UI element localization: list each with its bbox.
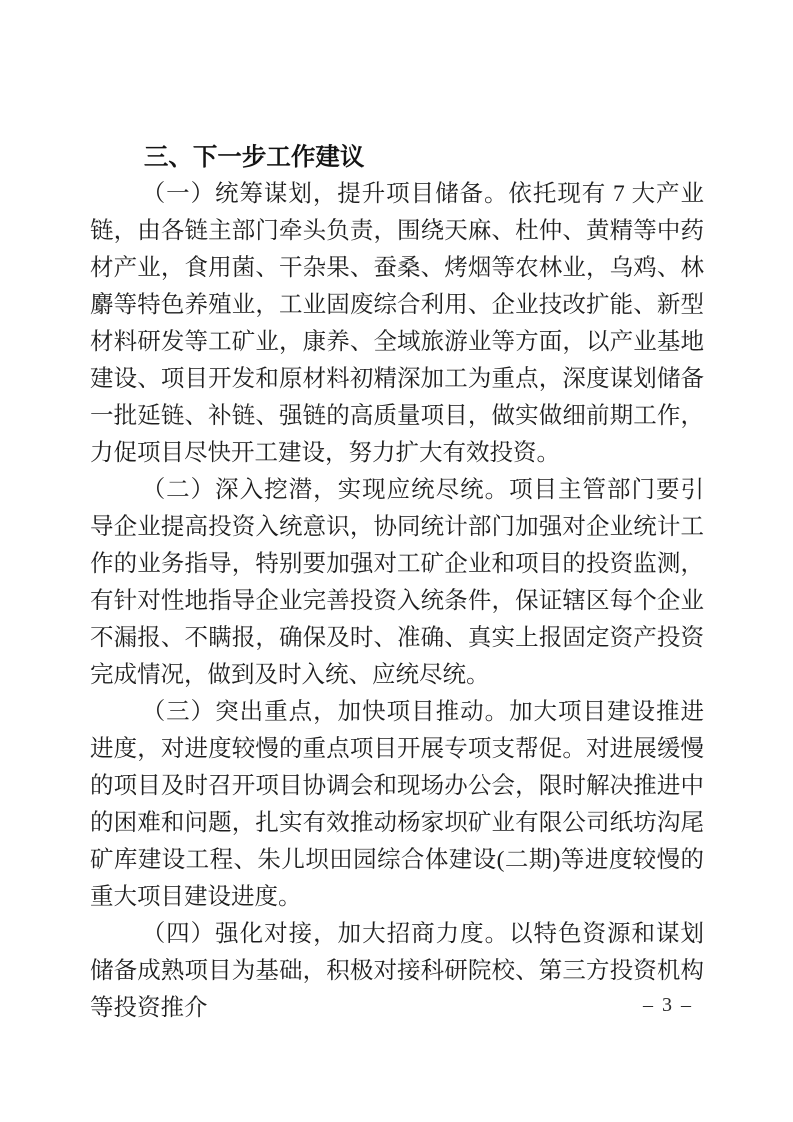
- document-page: 三、下一步工作建议 （一）统筹谋划，提升项目储备。依托现有 7 大产业链，由各链…: [0, 0, 793, 1122]
- paragraph-1: （一）统筹谋划，提升项目储备。依托现有 7 大产业链，由各链主部门牵头负责，围绕…: [90, 176, 704, 472]
- paragraph-4-lead: （四）强化对接，加大招商力度。: [142, 921, 509, 947]
- paragraph-1-lead: （一）统筹谋划，提升项目储备。: [142, 181, 509, 207]
- paragraph-2-text: 项目主管部门要引导企业提高投资入统意识，协同统计部门加强对企业统计工作的业务指导…: [90, 477, 704, 688]
- page-number: – 3 –: [0, 994, 693, 1016]
- paragraph-3: （三）突出重点，加快项目推动。加大项目建设推进进度，对进度较慢的重点项目开展专项…: [90, 694, 704, 916]
- section-heading: 三、下一步工作建议: [90, 139, 704, 176]
- document-body: 三、下一步工作建议 （一）统筹谋划，提升项目储备。依托现有 7 大产业链，由各链…: [90, 139, 704, 1027]
- paragraph-1-text: 依托现有 7 大产业链，由各链主部门牵头负责，围绕天麻、杜仲、黄精等中药材产业，…: [90, 181, 704, 466]
- paragraph-2: （二）深入挖潜，实现应统尽统。项目主管部门要引导企业提高投资入统意识，协同统计部…: [90, 472, 704, 694]
- paragraph-3-text: 加大项目建设推进进度，对进度较慢的重点项目开展专项支帮促。对进展缓慢的项目及时召…: [90, 699, 704, 910]
- paragraph-3-lead: （三）突出重点，加快项目推动。: [142, 699, 509, 725]
- paragraph-2-lead: （二）深入挖潜，实现应统尽统。: [142, 477, 509, 503]
